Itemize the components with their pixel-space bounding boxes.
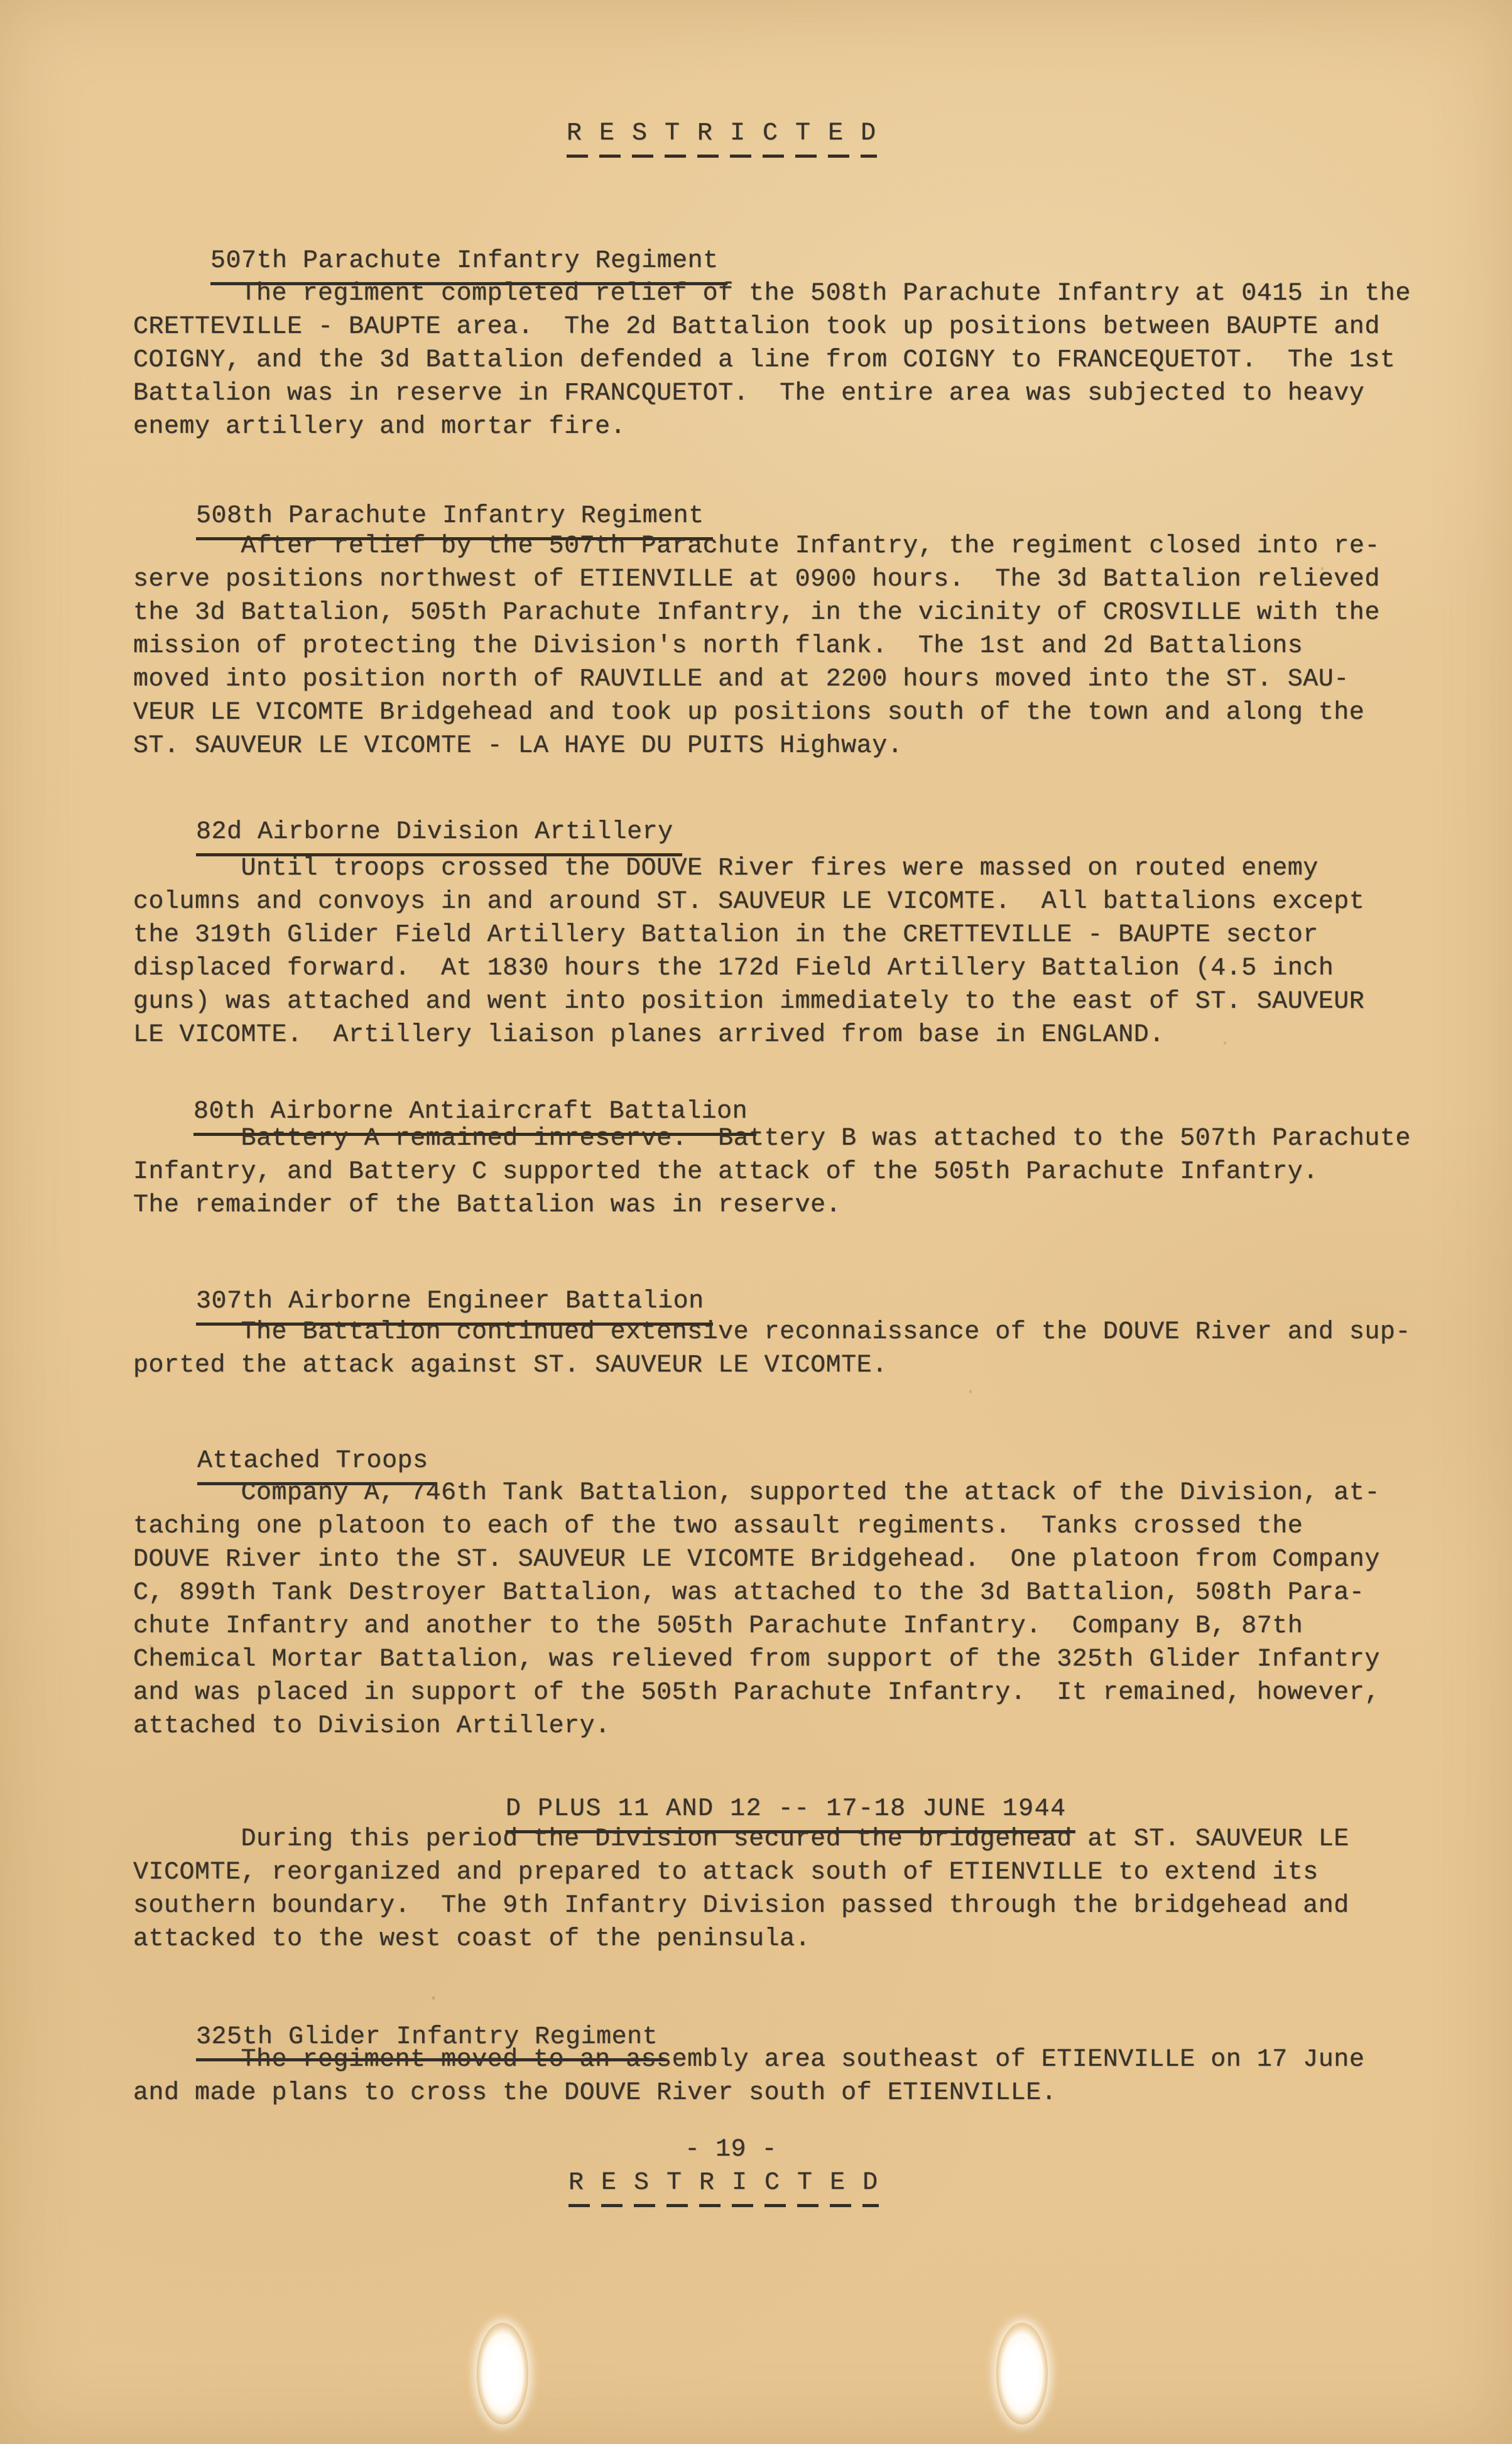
classification-header: R E S T R I C T E D xyxy=(567,117,877,158)
classification-footer: R E S T R I C T E D xyxy=(568,2166,879,2207)
paragraph-508th: After relief by the 507th Parachute Infa… xyxy=(133,530,1446,763)
punch-hole-left xyxy=(477,2323,528,2425)
paragraph-82d-artillery: Until troops crossed the DOUVE River fir… xyxy=(133,852,1446,1052)
page-number: - 19 - xyxy=(685,2133,777,2166)
punch-hole-right xyxy=(996,2323,1048,2425)
paragraph-325th: The regiment moved to an assembly area s… xyxy=(133,2043,1446,2110)
paragraph-507th: The regiment completed relief of the 508… xyxy=(133,277,1446,444)
paragraph-attached-troops: Company A, 746th Tank Battalion, support… xyxy=(133,1476,1446,1743)
paragraph-307th-engineer: The Battalion continued extensive reconn… xyxy=(133,1316,1446,1382)
section-heading-text: 82d Airborne Division Artillery xyxy=(196,816,682,856)
paragraph-day-summary: During this period the Division secured … xyxy=(133,1823,1446,1956)
paragraph-80th-aa: Battery A remained inreserve. Battery B … xyxy=(133,1122,1446,1222)
document-page: R E S T R I C T E D 507th Parachute Infa… xyxy=(0,0,1512,2444)
